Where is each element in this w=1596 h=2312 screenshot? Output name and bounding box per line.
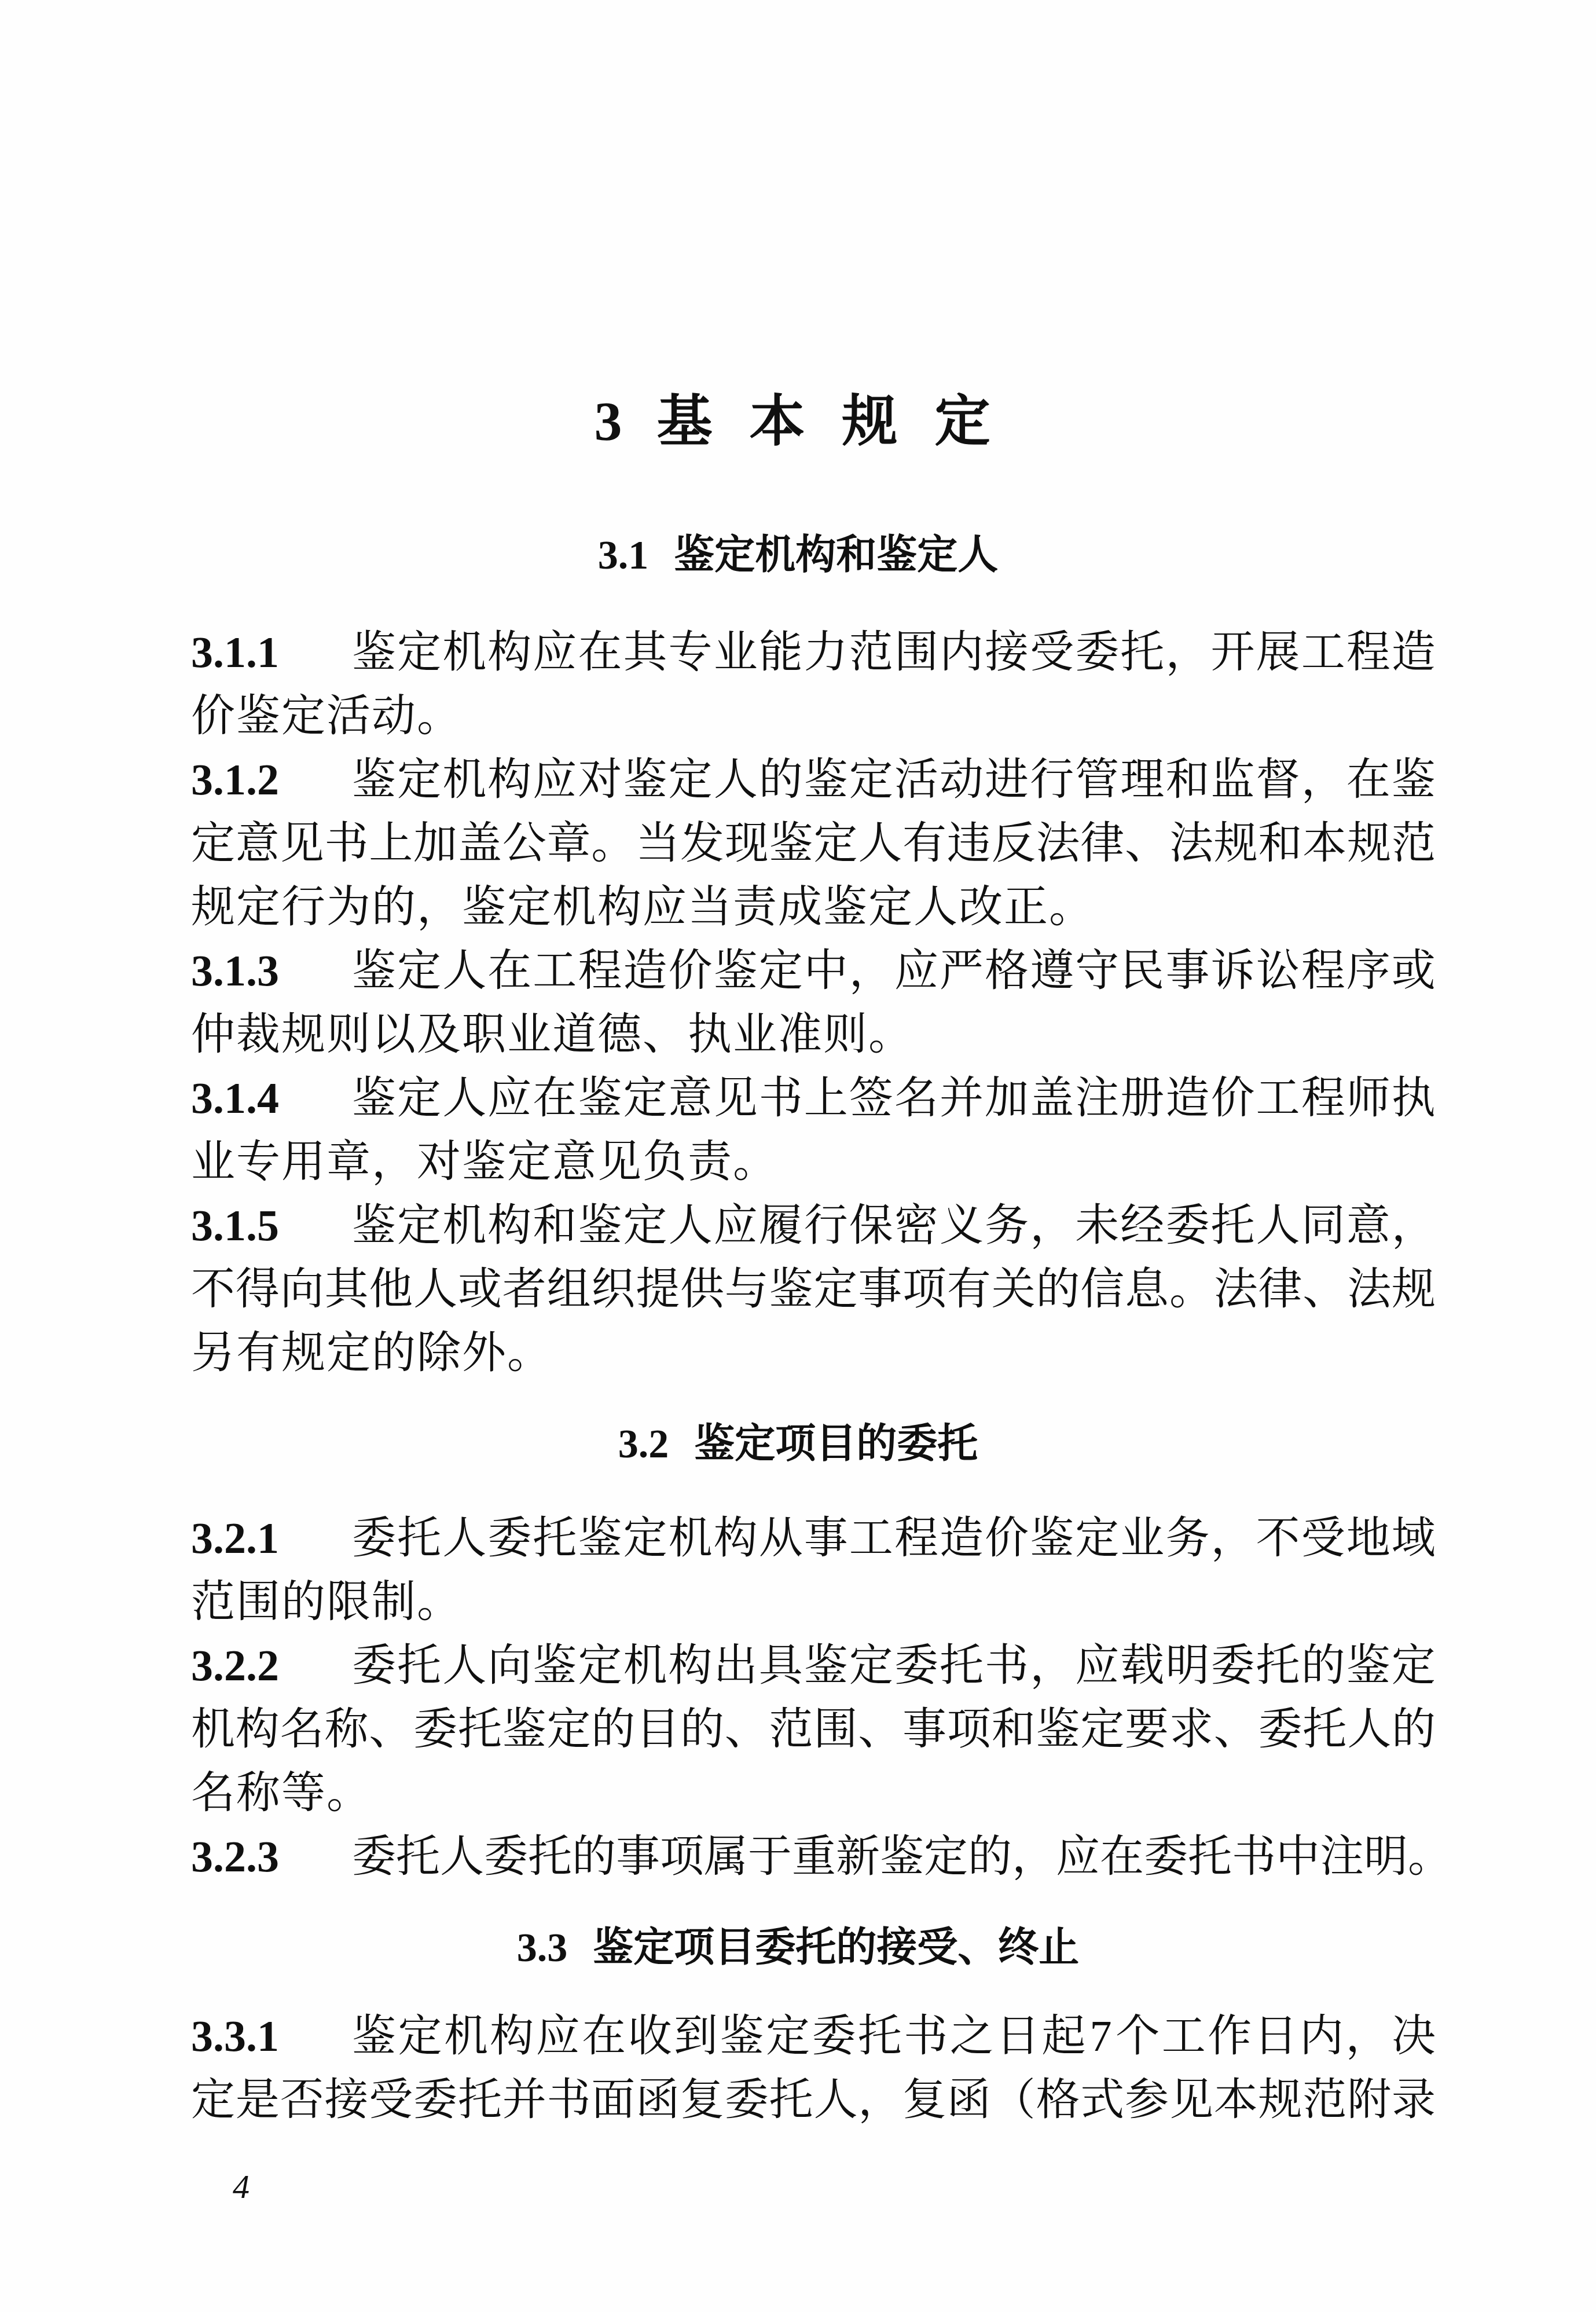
text-line: 鉴定人应在鉴定意见书上签名并加盖注册造价工程师执 <box>352 1067 1436 1130</box>
paragraph-3-1-2-line-3: 规定行为的，鉴定机构应当责成鉴定人改正。 <box>191 875 1436 939</box>
paragraph-3-2-2-line-2: 机构名称、委托鉴定的目的、范围、事项和鉴定要求、委托人的 <box>191 1698 1436 1761</box>
paragraph-number: 3.1.5 <box>191 1194 352 1258</box>
paragraph-3-1-2-line-1: 3.1.2鉴定机构应对鉴定人的鉴定活动进行管理和监督，在鉴 <box>191 748 1436 812</box>
section-title-text: 鉴定机构和鉴定人 <box>674 532 998 577</box>
section-3-1-body: 3.1.1鉴定机构应在其专业能力范围内接受委托，开展工程造 价鉴定活动。 3.1… <box>191 621 1436 1385</box>
section-heading-3-2: 3.2鉴定项目的委托 <box>0 1412 1596 1476</box>
text-line: 委托人委托鉴定机构从事工程造价鉴定业务，不受地域 <box>352 1507 1436 1570</box>
paragraph-3-1-5-line-2: 不得向其他人或者组织提供与鉴定事项有关的信息。法律、法规 <box>191 1258 1436 1321</box>
paragraph-3-2-2-line-3: 名称等。 <box>191 1761 1436 1825</box>
paragraph-3-2-1-line-1: 3.2.1委托人委托鉴定机构从事工程造价鉴定业务，不受地域 <box>191 1507 1436 1570</box>
section-heading-3-1: 3.1鉴定机构和鉴定人 <box>0 523 1596 588</box>
paragraph-3-1-4-line-1: 3.1.4鉴定人应在鉴定意见书上签名并加盖注册造价工程师执 <box>191 1067 1436 1130</box>
paragraph-3-1-3-line-1: 3.1.3鉴定人在工程造价鉴定中，应严格遵守民事诉讼程序或 <box>191 939 1436 1003</box>
paragraph-3-1-5-line-1: 3.1.5鉴定机构和鉴定人应履行保密义务，未经委托人同意， <box>191 1194 1436 1258</box>
text-line: 鉴定机构应对鉴定人的鉴定活动进行管理和监督，在鉴 <box>352 748 1436 812</box>
paragraph-number: 3.2.2 <box>191 1634 352 1698</box>
section-title-text: 鉴定项目委托的接受、终止 <box>593 1925 1079 1970</box>
section-heading-3-3: 3.3鉴定项目委托的接受、终止 <box>0 1915 1596 1980</box>
paragraph-3-3-1-line-1: 3.3.1鉴定机构应在收到鉴定委托书之日起 7 个工作日内，决 <box>191 2005 1436 2068</box>
paragraph-3-1-3-line-2: 仲裁规则以及职业道德、执业准则。 <box>191 1003 1436 1067</box>
paragraph-number: 3.1.3 <box>191 939 352 1003</box>
text-line: 鉴定机构应在收到鉴定委托书之日起 7 个工作日内，决 <box>352 2005 1436 2068</box>
text-line: 委托人向鉴定机构出具鉴定委托书，应载明委托的鉴定 <box>352 1634 1436 1698</box>
text-line: 鉴定机构应在其专业能力范围内接受委托，开展工程造 <box>352 621 1436 684</box>
paragraph-number: 3.3.1 <box>191 2005 352 2068</box>
text-line: 鉴定人在工程造价鉴定中，应严格遵守民事诉讼程序或 <box>352 939 1436 1003</box>
chapter-title-text: 基 本 规 定 <box>657 390 1002 452</box>
chapter-number: 3 <box>595 390 622 452</box>
section-number: 3.1 <box>598 533 649 578</box>
paragraph-number: 3.2.3 <box>191 1825 352 1889</box>
paragraph-3-1-4-line-2: 业专用章，对鉴定意见负责。 <box>191 1130 1436 1194</box>
text-line: 鉴定机构和鉴定人应履行保密义务，未经委托人同意， <box>352 1194 1436 1258</box>
paragraph-number: 3.1.4 <box>191 1067 352 1130</box>
paragraph-3-1-5-line-3: 另有规定的除外。 <box>191 1321 1436 1385</box>
paragraph-3-3-1-line-2: 定是否接受委托并书面函复委托人，复函（格式参见本规范附录 <box>191 2068 1436 2132</box>
section-3-3-body: 3.3.1鉴定机构应在收到鉴定委托书之日起 7 个工作日内，决 定是否接受委托并… <box>191 2005 1436 2132</box>
section-number: 3.3 <box>517 1926 568 1970</box>
paragraph-3-1-1-line-1: 3.1.1鉴定机构应在其专业能力范围内接受委托，开展工程造 <box>191 621 1436 684</box>
document-page: 3基 本 规 定 3.1鉴定机构和鉴定人 3.1.1鉴定机构应在其专业能力范围内… <box>0 0 1596 2312</box>
paragraph-number: 3.1.1 <box>191 621 352 684</box>
paragraph-3-2-1-line-2: 范围的限制。 <box>191 1570 1436 1634</box>
paragraph-number: 3.1.2 <box>191 748 352 812</box>
section-number: 3.2 <box>618 1422 669 1467</box>
paragraph-3-1-2-line-2: 定意见书上加盖公章。当发现鉴定人有违反法律、法规和本规范 <box>191 812 1436 875</box>
page-number: 4 <box>233 2167 250 2207</box>
chapter-title: 3基 本 规 定 <box>0 382 1596 460</box>
section-title-text: 鉴定项目的委托 <box>694 1421 978 1466</box>
text-line: 委托人委托的事项属于重新鉴定的，应在委托书中注明。 <box>352 1825 1452 1889</box>
section-3-2-body: 3.2.1委托人委托鉴定机构从事工程造价鉴定业务，不受地域 范围的限制。 3.2… <box>191 1507 1436 1889</box>
paragraph-3-2-2-line-1: 3.2.2委托人向鉴定机构出具鉴定委托书，应载明委托的鉴定 <box>191 1634 1436 1698</box>
paragraph-3-2-3-line-1: 3.2.3委托人委托的事项属于重新鉴定的，应在委托书中注明。 <box>191 1825 1436 1889</box>
paragraph-3-1-1-line-2: 价鉴定活动。 <box>191 684 1436 748</box>
paragraph-number: 3.2.1 <box>191 1507 352 1570</box>
